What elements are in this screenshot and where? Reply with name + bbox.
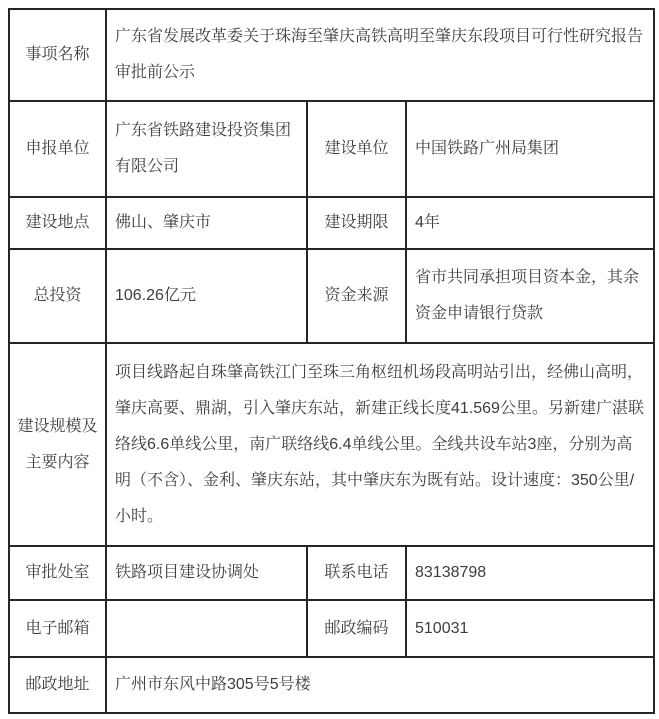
- construction-period-value: 4年: [406, 197, 654, 249]
- postal-address-label: 邮政地址: [9, 657, 106, 713]
- declaring-unit-value: 广东省铁路建设投资集团有限公司: [106, 101, 307, 197]
- table-row-investment-funding: 总投资 106.26亿元 资金来源 省市共同承担项目资本金，其余资金申请银行贷款: [9, 249, 654, 343]
- table-row-location-period: 建设地点 佛山、肇庆市 建设期限 4年: [9, 197, 654, 249]
- postal-code-label: 邮政编码: [307, 600, 406, 657]
- total-investment-value: 106.26亿元: [106, 249, 307, 343]
- postal-address-value: 广州市东风中路305号5号楼: [106, 657, 654, 713]
- postal-code-value: 510031: [406, 600, 654, 657]
- contact-phone-label: 联系电话: [307, 546, 406, 600]
- construction-unit-value: 中国铁路广州局集团: [406, 101, 654, 197]
- table-row-units: 申报单位 广东省铁路建设投资集团有限公司 建设单位 中国铁路广州局集团: [9, 101, 654, 197]
- funding-source-value: 省市共同承担项目资本金，其余资金申请银行贷款: [406, 249, 654, 343]
- funding-source-label: 资金来源: [307, 249, 406, 343]
- table-row-postal-address: 邮政地址 广州市东风中路305号5号楼: [9, 657, 654, 713]
- project-info-table: 事项名称 广东省发展改革委关于珠海至肇庆高铁高明至肇庆东段项目可行性研究报告审批…: [8, 8, 655, 714]
- declaring-unit-label: 申报单位: [9, 101, 106, 197]
- item-name-label: 事项名称: [9, 9, 106, 101]
- scale-content-label: 建设规模及主要内容: [9, 343, 106, 546]
- table-row-item-name: 事项名称 广东省发展改革委关于珠海至肇庆高铁高明至肇庆东段项目可行性研究报告审批…: [9, 9, 654, 101]
- notice-page: 事项名称 广东省发展改革委关于珠海至肇庆高铁高明至肇庆东段项目可行性研究报告审批…: [0, 0, 659, 719]
- construction-unit-label: 建设单位: [307, 101, 406, 197]
- construction-site-value: 佛山、肇庆市: [106, 197, 307, 249]
- item-name-value: 广东省发展改革委关于珠海至肇庆高铁高明至肇庆东段项目可行性研究报告审批前公示: [106, 9, 654, 101]
- table-row-email-postcode: 电子邮箱 邮政编码 510031: [9, 600, 654, 657]
- contact-phone-value: 83138798: [406, 546, 654, 600]
- construction-period-label: 建设期限: [307, 197, 406, 249]
- construction-site-label: 建设地点: [9, 197, 106, 249]
- approval-office-label: 审批处室: [9, 546, 106, 600]
- approval-office-value: 铁路项目建设协调处: [106, 546, 307, 600]
- table-row-scale-content: 建设规模及主要内容 项目线路起自珠肇高铁江门至珠三角枢纽机场段高明站引出，经佛山…: [9, 343, 654, 546]
- email-value: [106, 600, 307, 657]
- scale-content-value: 项目线路起自珠肇高铁江门至珠三角枢纽机场段高明站引出，经佛山高明，肇庆高要、鼎湖…: [106, 343, 654, 546]
- table-row-office-phone: 审批处室 铁路项目建设协调处 联系电话 83138798: [9, 546, 654, 600]
- email-label: 电子邮箱: [9, 600, 106, 657]
- total-investment-label: 总投资: [9, 249, 106, 343]
